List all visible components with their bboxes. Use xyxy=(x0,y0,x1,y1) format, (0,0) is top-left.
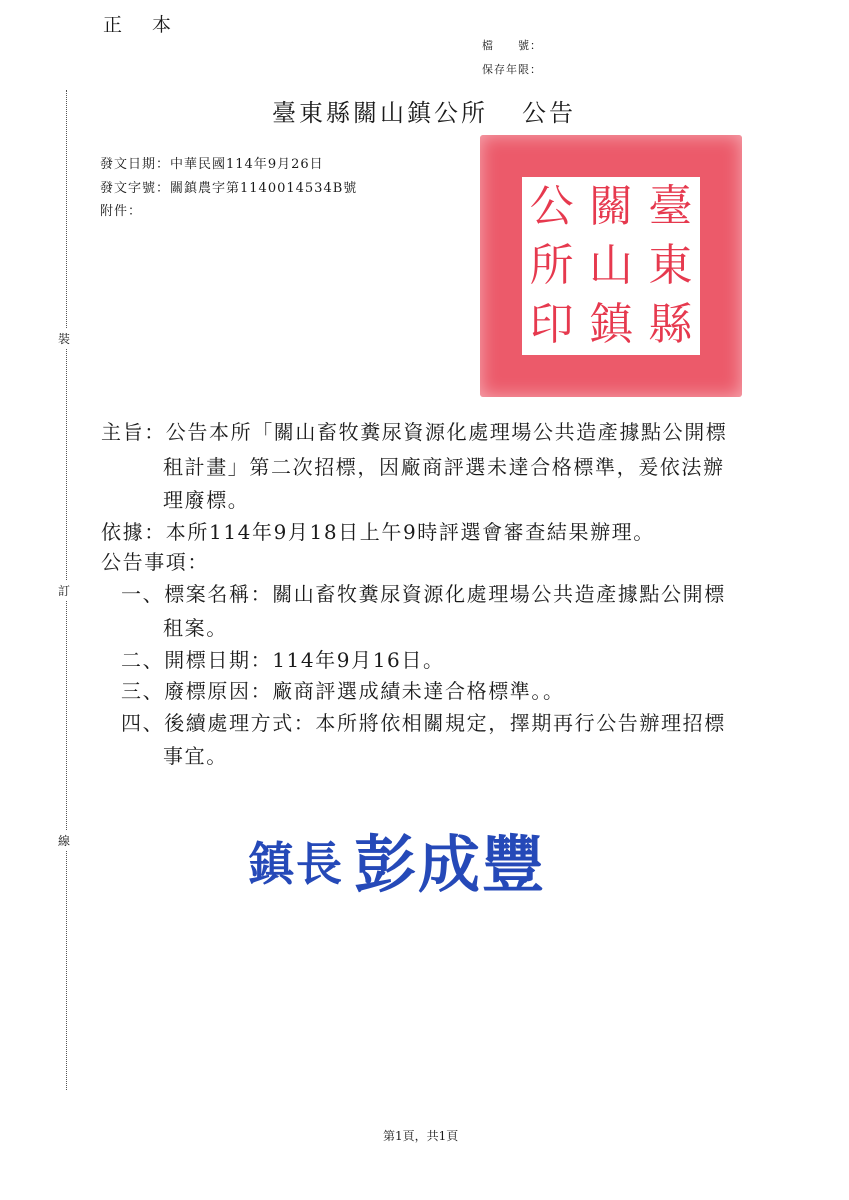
subject-line: 租計畫」第二次招標，因廠商評選未達合格標準，爰依法辦 xyxy=(163,457,725,477)
reference-number: 發文字號：關鎮農字第1140014534B號 xyxy=(100,177,357,196)
retention-label: 保存年限： xyxy=(482,61,542,77)
seal-char: 印 xyxy=(522,296,581,355)
file-number-label: 檔 號： xyxy=(482,37,542,53)
page-title: 臺東縣關山鎮公所公告 xyxy=(272,93,576,128)
item-line: 三、廢標原因：廠商評選成績未達合格標準。。 xyxy=(121,681,565,701)
seal-char: 山 xyxy=(581,236,640,295)
seal-char: 鎮 xyxy=(581,296,640,355)
doc-type: 公告 xyxy=(522,99,576,127)
seal-char: 東 xyxy=(641,236,700,295)
mayor-signature-stamp: 鎮長彭成豐 xyxy=(248,815,546,904)
signature-title: 鎮長 xyxy=(248,837,344,891)
item-line: 事宜。 xyxy=(163,746,228,766)
copy-mark: 正 本 xyxy=(103,10,183,37)
item-line: 四、後續處理方式：本所將依相關規定，擇期再行公告辦理招標 xyxy=(121,713,726,733)
org-name: 臺東縣關山鎮公所 xyxy=(272,99,488,127)
subject-line: 理廢標。 xyxy=(163,490,249,510)
seal-char: 所 xyxy=(522,236,581,295)
subject-line: 主旨：公告本所「關山畜牧糞尿資源化處理場公共造產據點公開標 xyxy=(101,422,727,442)
seal-char: 公 xyxy=(522,177,581,236)
issue-date: 發文日期：中華民國114年9月26日 xyxy=(100,153,324,172)
official-seal-stamp: 公 關 臺 所 山 東 印 鎮 縣 xyxy=(480,135,742,397)
seal-char: 關 xyxy=(581,177,640,236)
seal-char: 臺 xyxy=(641,177,700,236)
basis-line: 依據：本所114年9月18日上午9時評選會審查結果辦理。 xyxy=(101,522,655,542)
items-heading: 公告事項： xyxy=(101,552,209,572)
item-line: 二、開標日期：114年9月16日。 xyxy=(121,650,445,670)
binding-mark-zhuang: 裝 xyxy=(58,328,70,349)
seal-char: 縣 xyxy=(641,296,700,355)
attachment-label: 附件： xyxy=(100,200,142,219)
signature-name: 彭成豐 xyxy=(354,828,546,901)
page-number: 第1頁，共1頁 xyxy=(383,1127,458,1144)
item-line: 一、標案名稱：關山畜牧糞尿資源化處理場公共造產據點公開標 xyxy=(121,584,726,604)
seal-inner: 公 關 臺 所 山 東 印 鎮 縣 xyxy=(522,177,700,355)
item-line: 租案。 xyxy=(163,618,228,638)
binding-mark-ding: 訂 xyxy=(58,580,70,601)
binding-mark-xian: 線 xyxy=(58,830,70,851)
